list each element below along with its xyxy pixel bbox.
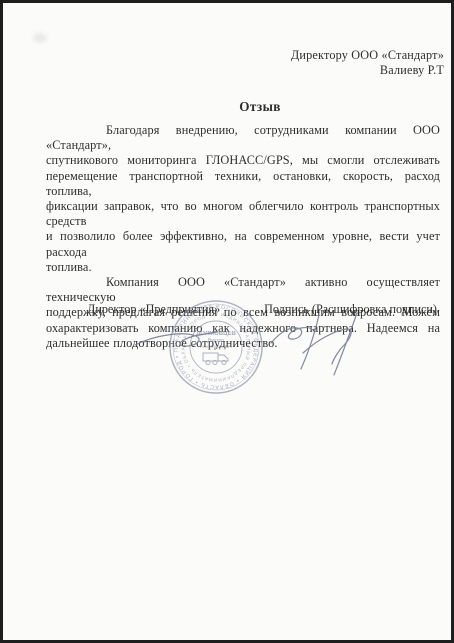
recipient-line-1: Директору ООО «Стандарт» — [291, 48, 444, 63]
body-line: перемещение транспортной техники, остано… — [46, 169, 440, 199]
recipient-line-2: Валиеву Р.Т — [291, 63, 444, 78]
scanned-letter-page: Директору ООО «Стандарт» Валиеву Р.Т Отз… — [0, 0, 454, 643]
signature-left-scribble — [135, 332, 217, 346]
recipient-block: Директору ООО «Стандарт» Валиеву Р.Т — [291, 48, 444, 78]
signature-right-loop — [271, 328, 313, 343]
handwritten-signatures — [103, 303, 403, 393]
document-title: Отзыв — [3, 99, 451, 115]
body-line: Благодаря внедрению, сотрудниками компан… — [46, 123, 440, 153]
signature-right-stroke-2 — [303, 329, 351, 364]
paragraph-1: Благодаря внедрению, сотрудниками компан… — [46, 123, 440, 275]
signature-right-stroke-3 — [334, 313, 357, 375]
body-line: и позволило более эффективно, на совреме… — [46, 229, 440, 259]
body-line: спутникового мониторинга ГЛОНАСС/GPS, мы… — [46, 153, 440, 168]
body-line: топлива. — [46, 260, 440, 275]
scan-smudge — [33, 33, 47, 43]
body-line: фиксации заправок, что во многом облегчи… — [46, 199, 440, 229]
